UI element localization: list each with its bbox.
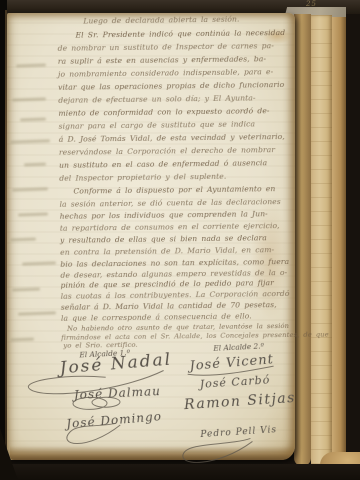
manuscript-line: vitar que las operaciones propias de dic… (58, 80, 284, 92)
manuscript-line: señalar á D. Mario Vidal la cantidad de … (61, 300, 277, 312)
manuscript-line: y resultando de ellas que si bien nada s… (60, 233, 267, 245)
signature-jose-vicent: José Vicent (189, 352, 274, 374)
signature-pedro-pell: Pedro Pell Vis (200, 425, 277, 440)
manuscript-line: bio las declaraciones no son tan explíci… (60, 257, 289, 269)
manuscript-line: El Sr. Presidente indicó que continúa la… (75, 28, 285, 40)
caption-alcalde-segundo: El Alcalde 2.º (213, 341, 264, 352)
manuscript-line: un sustituto en el caso de enfermedad ó … (59, 158, 267, 170)
manuscript-opening-line: Luego de declarada abierta la sesión. (83, 15, 239, 26)
manuscript-line: dejaran de efectuarse un solo día; y El … (58, 93, 255, 104)
manuscript-line: signar para el cargo de sustituto que se… (59, 119, 256, 130)
signature-ramon-sitjas: Ramon Sitjas (184, 390, 297, 413)
manuscript-line: la que le corresponde á consecuencia de … (61, 311, 252, 322)
signature-jose-dalmau: José Dalmau (74, 384, 162, 402)
signature-jose-domingo: José Domingo (66, 409, 163, 431)
manuscript-line: miento de conformidad con lo expuesto ac… (58, 106, 269, 118)
manuscript-line: á D. José Tomás Vidal, de esta vecindad … (59, 132, 285, 144)
manuscript-line: la sesión anterior, se dió cuenta de las… (60, 197, 281, 209)
signature-jose-nadal: José Nadal (59, 349, 173, 378)
manuscript-line: jo nombramiento considerado indispensabl… (58, 67, 273, 79)
manuscript-line: hechas por los individuos que comprenden… (60, 209, 268, 221)
manuscript-line: ra suplir á este en ausencias y enfermed… (58, 54, 266, 66)
manuscript-line: las cuotas á los contribuyentes. La Corp… (61, 289, 290, 301)
manuscript-text: Luego de declarada abierta la sesión. El… (0, 0, 360, 480)
manuscript-line: reservándose la Corporación el derecho d… (59, 145, 275, 157)
manuscript-line: pinión de que se prescindió de lo pedido… (60, 278, 273, 290)
manuscript-line: Conforme á lo dispuesto por el Ayuntamie… (73, 184, 275, 195)
manuscript-line: ta repartidora de consumos en el corrien… (60, 221, 280, 233)
scanned-manuscript-page: 25 Luego de declarada abierta la sesión.… (0, 0, 360, 480)
pell-flourish (183, 438, 253, 462)
manuscript-line: en contra la pretensión de D. Mario Vida… (60, 245, 274, 257)
manuscript-line: del Inspector propietario y del suplente… (59, 172, 226, 183)
signature-jose-carbo: José Carbó (199, 373, 270, 391)
manuscript-line: de nombrar un sustituto de Inspector de … (58, 41, 274, 53)
